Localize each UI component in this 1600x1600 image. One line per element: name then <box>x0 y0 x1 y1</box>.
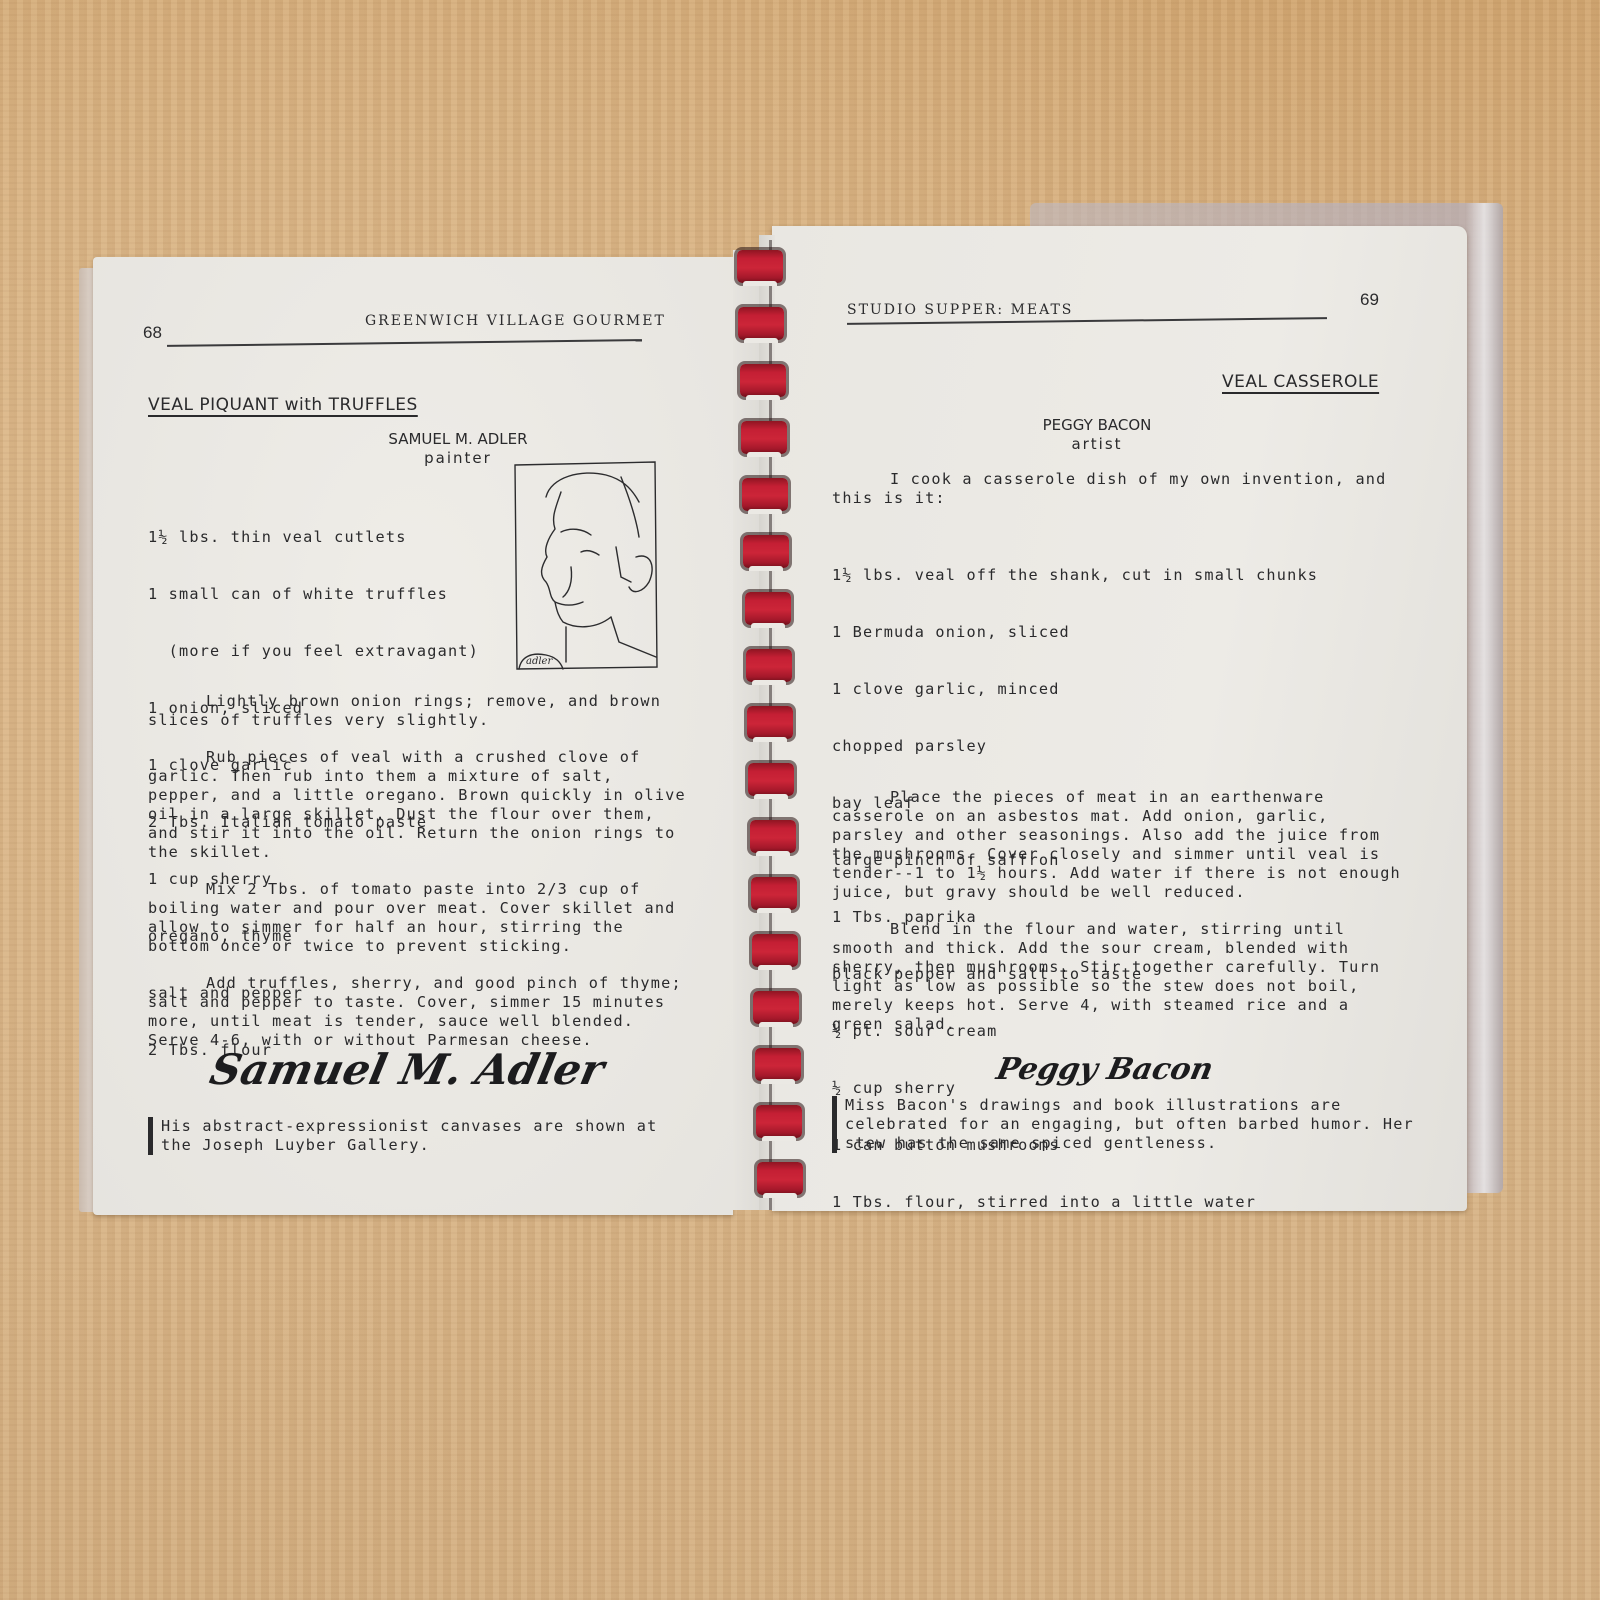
binding-coil <box>752 934 798 967</box>
method: Place the pieces of meat in an earthenwa… <box>832 788 1402 1052</box>
ingredient: 1½ lbs. thin veal cutlets <box>148 528 479 547</box>
binding-coil <box>740 364 786 397</box>
contributor-name: PEGGY BACON <box>997 416 1197 435</box>
method-step: Rub pieces of veal with a crushed clove … <box>148 748 693 862</box>
ingredient: 1½ lbs. veal off the shank, cut in small… <box>832 566 1318 585</box>
portrait-sketch-illustration: adler <box>511 457 661 672</box>
page-68: 68 GREENWICH VILLAGE GOURMET VEAL PIQUAN… <box>93 257 733 1215</box>
intro: I cook a casserole dish of my own invent… <box>832 470 1402 526</box>
method-step: Place the pieces of meat in an earthenwa… <box>832 788 1402 902</box>
ingredient: 1 Bermuda onion, sliced <box>832 623 1318 642</box>
binding-coil <box>748 763 794 796</box>
contributor-name: SAMUEL M. ADLER <box>348 430 568 449</box>
method-step: Lightly brown onion rings; remove, and b… <box>148 692 693 730</box>
ingredient: 1 small can of white truffles <box>148 585 479 604</box>
binding-coil <box>741 421 787 454</box>
method-step: Blend in the flour and water, stirring u… <box>832 920 1402 1034</box>
intro-text: I cook a casserole dish of my own invent… <box>832 470 1402 508</box>
contributor-role: artist <box>997 435 1197 454</box>
running-head: STUDIO SUPPER: MEATS <box>847 302 1073 318</box>
ingredient: (more if you feel extravagant) <box>148 642 479 661</box>
binding-coil <box>756 1105 802 1138</box>
binding-coil <box>745 592 791 625</box>
binding-coil <box>751 877 797 910</box>
binding-coil <box>743 535 789 568</box>
page-69: STUDIO SUPPER: MEATS 69 VEAL CASSEROLE P… <box>772 226 1467 1211</box>
contributor-bio: Miss Bacon's drawings and book illustrat… <box>832 1096 1415 1153</box>
ingredient: 1 clove garlic, minced <box>832 680 1318 699</box>
ingredient: 1 Tbs. flour, stirred into a little wate… <box>832 1193 1318 1212</box>
recipe-title: VEAL CASSEROLE <box>1222 372 1379 392</box>
header-rule <box>847 317 1327 324</box>
binding-coil <box>750 820 796 853</box>
method-step: Add truffles, sherry, and good pinch of … <box>148 974 693 1050</box>
running-head: GREENWICH VILLAGE GOURMET <box>365 313 666 329</box>
binding-coil <box>747 706 793 739</box>
contributor: PEGGY BACON artist <box>997 416 1197 454</box>
svg-text:adler: adler <box>526 656 553 667</box>
binding-coil <box>746 649 792 682</box>
binding-coil <box>737 250 783 283</box>
binding-coil <box>757 1162 803 1195</box>
method-step: Mix 2 Tbs. of tomato paste into 2/3 cup … <box>148 880 693 956</box>
page-number: 68 <box>143 323 162 343</box>
binding-coil <box>738 307 784 340</box>
binding-coil <box>753 991 799 1024</box>
binding-coil <box>742 478 788 511</box>
recipe-title: VEAL PIQUANT with TRUFFLES <box>148 395 418 415</box>
header-rule <box>167 339 642 346</box>
ingredient: chopped parsley <box>832 737 1318 756</box>
signature-samuel-adler: Samuel M. Adler <box>206 1045 609 1094</box>
page-number: 69 <box>1360 290 1379 310</box>
binding-coil <box>755 1048 801 1081</box>
method: Lightly brown onion rings; remove, and b… <box>148 692 693 1068</box>
contributor-bio: His abstract-expressionist canvases are … <box>148 1117 681 1155</box>
signature-peggy-bacon: Peggy Bacon <box>993 1052 1216 1087</box>
